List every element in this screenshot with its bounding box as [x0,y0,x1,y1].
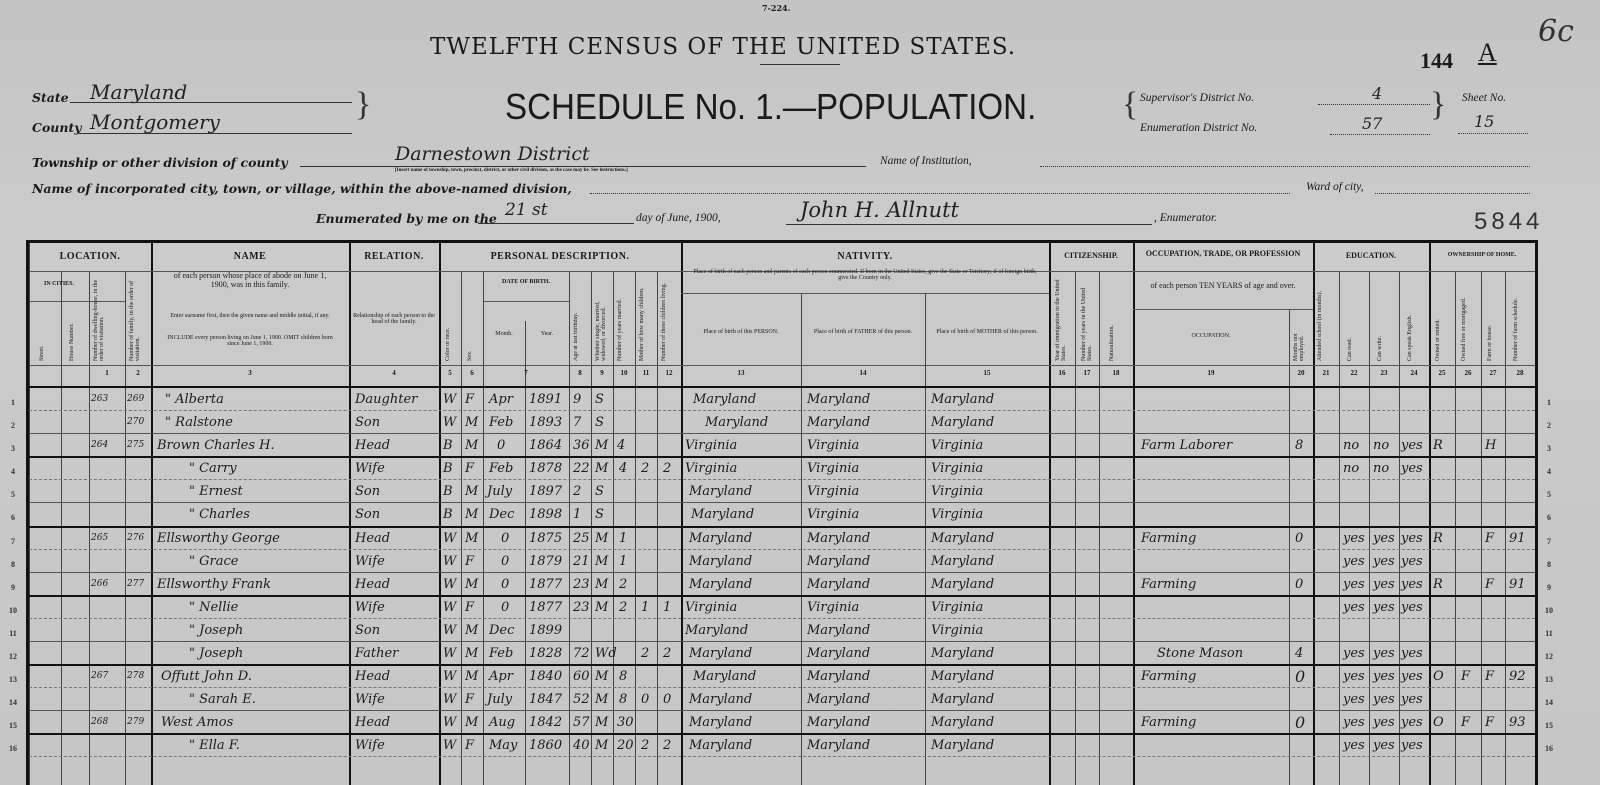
line-number-right: 8 [1542,560,1556,569]
col-num: 2 [125,369,151,377]
line-number: 10 [6,606,20,615]
sheet-label: Sheet No. [1462,92,1506,104]
supervisor-label: Supervisor's District No. [1140,92,1254,104]
header-owned-rented: Owned or rented. [1435,277,1441,361]
line-number: 3 [6,444,20,453]
table-row: " Joseph Father W M Feb 1828 72 Wd 2 2 M… [29,642,1535,665]
col-num: 25 [1429,369,1455,377]
col-num: 11 [635,369,657,377]
line-number-right: 2 [1542,421,1556,430]
line-number-right: 3 [1542,444,1556,453]
col-num: 24 [1399,369,1429,377]
col-num: 26 [1455,369,1481,377]
table-row: 265 276 Ellsworthy George Head W M 0 187… [29,527,1535,550]
enumerated-label: Enumerated by me on the [316,211,497,226]
line-number-right: 5 [1542,490,1556,499]
sheet-value: 15 [1474,112,1494,131]
city-label: Name of incorporated city, town, or vill… [32,181,572,196]
line-number: 7 [6,537,20,546]
enum-district-value: 57 [1362,114,1382,133]
header-location: LOCATION. [29,251,151,262]
col-num: 4 [349,369,439,377]
line-number-right: 14 [1542,698,1556,707]
line-number-right: 11 [1542,629,1556,638]
corner-annotation: 6c [1538,14,1574,49]
county-value: Montgomery [90,110,220,134]
brace-district-right: } [1430,86,1446,124]
line-number: 13 [6,675,20,684]
township-label: Township or other division of county [32,155,288,170]
header-dob: DATE OF BIRTH. [483,279,569,285]
col-num: 16 [1049,369,1075,377]
line-number: 8 [6,560,20,569]
stamp-number: 5844 [1474,208,1543,236]
col-num: 23 [1369,369,1399,377]
line-number: 9 [6,583,20,592]
header-years-married: Number of years married. [617,277,623,361]
line-number-right: 15 [1542,721,1556,730]
brace-district: { [1122,86,1138,124]
line-number: 11 [6,629,20,638]
line-number-right: 6 [1542,513,1556,522]
header-ownership: OWNERSHIP OF HOME. [1429,252,1535,258]
header-can-write: Can write. [1377,277,1383,361]
header-marital: Whether single, married, widowed, or div… [595,277,607,361]
header-nativity: NATIVITY. [681,251,1049,262]
header-sex: Sex. [467,309,473,361]
header-dwelling-number: Number of dwelling-house, in the order o… [93,277,121,361]
col-num: 22 [1339,369,1369,377]
title-divider [760,64,840,65]
enumerator-name: John H. Allnutt [800,198,959,222]
col-num: 28 [1505,369,1535,377]
header-can-read: Can read. [1347,277,1353,361]
col-num: 5 [439,369,461,377]
col-num: 13 [681,369,801,377]
header-birth-father: Place of birth of FATHER of this person. [805,329,921,335]
population-table: LOCATION. IN CITIES. Street. House Numbe… [26,240,1538,785]
header-year: Year. [525,331,569,337]
col-num: 15 [925,369,1049,377]
header-name-desc: of each person whose place of abode on J… [169,271,331,289]
table-row: " Ernest Son B M July 1897 2 S Maryland … [29,480,1535,503]
col-num: 1 [89,369,125,377]
census-title: TWELFTH CENSUS OF THE UNITED STATES. [430,34,1016,60]
township-value: Darnestown District [395,143,590,165]
line-number: 1 [6,398,20,407]
state-value: Maryland [90,80,187,104]
county-label: County [32,120,82,135]
line-number: 5 [6,490,20,499]
header-name-instr2: INCLUDE every person living on June 1, 1… [164,335,336,347]
form-code: 7-224. [762,3,790,13]
header-occupation-col: OCCUPATION. [1133,333,1289,339]
enumerator-label: , Enumerator. [1154,212,1217,224]
enum-district-label: Enumeration District No. [1140,122,1257,134]
enumerated-day: 21 st [505,200,548,220]
col-num: 6 [461,369,483,377]
line-number-right: 16 [1542,744,1556,753]
table-row: 264 275 Brown Charles H. Head B M 0 1864… [29,434,1535,457]
header-birth-person: Place of birth of this PERSON. [685,329,797,335]
header-month: Month. [483,331,525,337]
header-education: EDUCATION. [1313,251,1429,260]
header-relation-desc: Relationship of each person to the head … [353,313,435,325]
header-children-born: Mother of how many children. [639,277,645,361]
line-number-right: 12 [1542,652,1556,661]
header-citizenship: CITIZENSHIP. [1049,251,1133,260]
line-number-right: 7 [1542,537,1556,546]
col-num: 27 [1481,369,1505,377]
sheet-letter: A [1478,38,1497,68]
col-num: 21 [1313,369,1339,377]
header-color: Color or race. [445,309,451,361]
header-house-number: House Number. [69,309,75,361]
header-age: Age at last birthday. [573,277,579,361]
brace-left: } [355,86,371,124]
line-number-right: 10 [1542,606,1556,615]
institution-label: Name of Institution, [880,155,972,167]
header-occupation: OCCUPATION, TRADE, OR PROFESSION [1133,249,1313,258]
col-num: 8 [569,369,591,377]
schedule-title: SCHEDULE No. 1.—POPULATION. [505,86,1036,128]
line-number-right: 13 [1542,675,1556,684]
table-row: " Grace Wife W F 0 1879 21 M 1 Maryland … [29,550,1535,573]
table-row: 266 277 Ellsworthy Frank Head W M 0 1877… [29,573,1535,596]
table-row: " Joseph Son W M Dec 1899 Maryland Maryl… [29,619,1535,642]
header-family-number: Number of family, in the order of visita… [129,277,149,361]
table-row: " Nellie Wife W F 0 1877 23 M 2 1 1 Virg… [29,596,1535,619]
line-number: 4 [6,467,20,476]
header-years-us: Number of years in the United States. [1081,277,1093,361]
header-months-unemployed: Months not employed. [1293,313,1305,361]
state-label: State [32,90,69,105]
line-number: 12 [6,652,20,661]
table-row: 270 " Ralstone Son W M Feb 1893 7 S Mary… [29,411,1535,434]
line-number: 2 [6,421,20,430]
line-number-right: 4 [1542,467,1556,476]
col-num: 18 [1099,369,1133,377]
col-num: 17 [1075,369,1099,377]
col-num: 10 [613,369,635,377]
line-number: 16 [6,744,20,753]
township-hint: [Insert name of township, town, precinct… [395,168,628,173]
header-personal: PERSONAL DESCRIPTION. [439,251,681,262]
table-row: 268 279 West Amos Head W M Aug 1842 57 M… [29,711,1535,734]
header-owned-free: Owned free or mortgaged. [1461,277,1467,361]
enumerated-month-year: day of June, 1900, [636,212,721,224]
table-row: " Carry Wife B F Feb 1878 22 M 4 2 2 Vir… [29,457,1535,480]
header-can-speak-english: Can speak English. [1407,277,1413,361]
header-farm-schedule: Number of farm schedule. [1513,277,1519,361]
col-num: 3 [151,369,349,377]
table-row: 267 278 Offutt John D. Head W M Apr 1840… [29,665,1535,688]
line-number: 6 [6,513,20,522]
col-num: 9 [591,369,613,377]
ward-label: Ward of city, [1306,181,1364,193]
header-name: NAME [151,251,349,262]
table-row: " Sarah E. Wife W F July 1847 52 M 8 0 0… [29,688,1535,711]
header-attended-school: Attended school (in months). [1317,277,1323,361]
header-nativity-desc: Place of birth of each person and parent… [689,269,1041,281]
header-children-living: Number of these children living. [661,277,667,361]
header-naturalization: Naturalization. [1109,277,1115,361]
header-name-instr1: Enter surname first, then the given name… [164,313,336,319]
line-number-right: 1 [1542,398,1556,407]
col-num: 7 [483,369,569,377]
supervisor-value: 4 [1372,84,1382,103]
header-relation: RELATION. [349,251,439,262]
col-num: 20 [1289,369,1313,377]
header-in-cities: IN CITIES. [29,281,89,287]
census-sheet: 7-224. TWELFTH CENSUS OF THE UNITED STAT… [0,0,1600,785]
header-occupation-desc: of each person TEN YEARS of age and over… [1133,281,1313,290]
table-row: " Charles Son B M Dec 1898 1 S Maryland … [29,503,1535,526]
line-number: 15 [6,721,20,730]
col-num: 12 [657,369,681,377]
table-row: 263 269 " Alberta Daughter W F Apr 1891 … [29,388,1535,411]
line-number: 14 [6,698,20,707]
col-num: 19 [1133,369,1289,377]
line-number-right: 9 [1542,583,1556,592]
sheet-page-number: 144 [1420,48,1453,74]
table-row: " Ella F. Wife W F May 1860 40 M 20 2 2 … [29,734,1535,757]
header-immig-year: Year of immigration to the United States… [1055,277,1067,361]
header-farm-house: Farm or house. [1487,277,1493,361]
header-birth-mother: Place of birth of MOTHER of this person. [929,329,1045,335]
col-num: 14 [801,369,925,377]
header-street: Street. [39,309,45,361]
